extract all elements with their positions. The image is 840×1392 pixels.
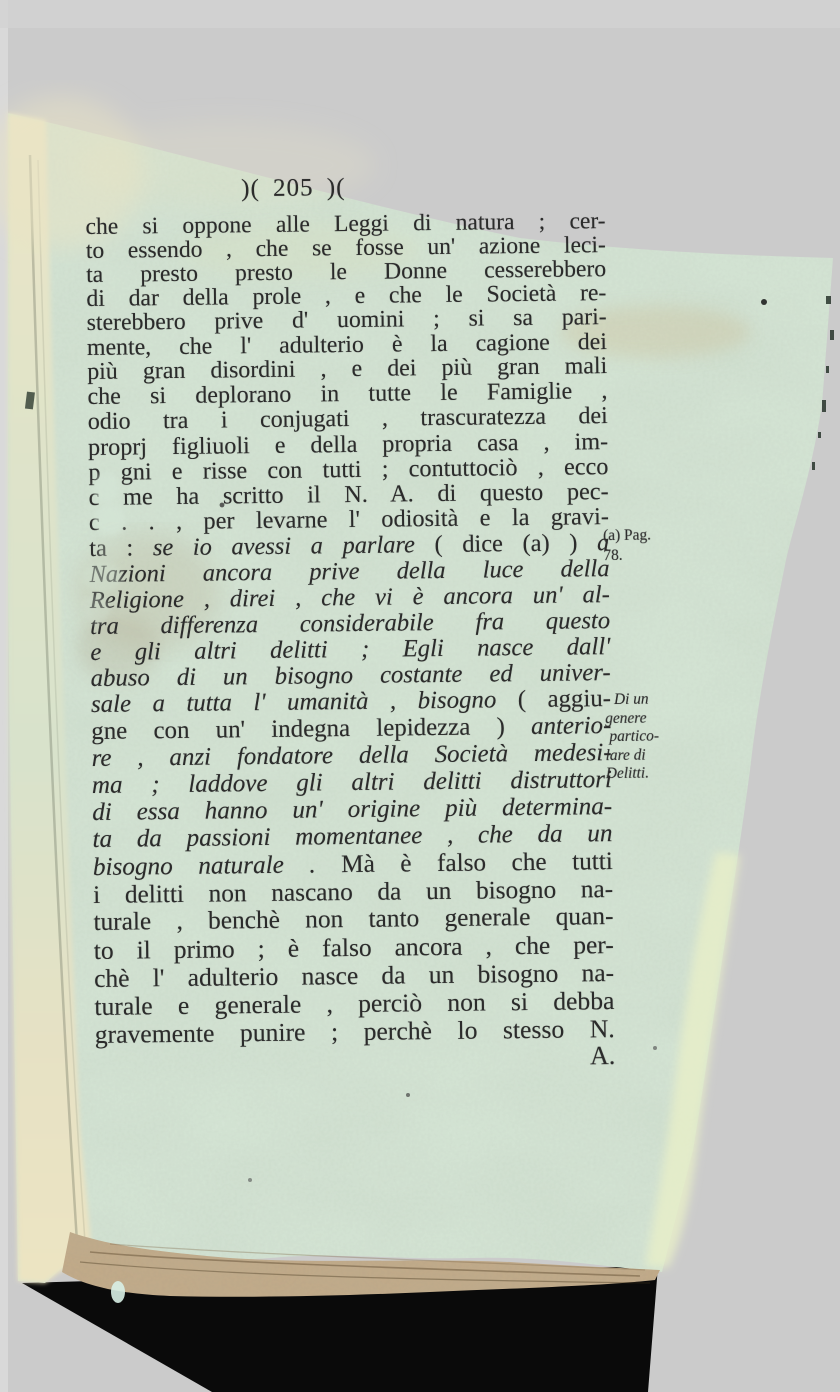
text-segment: anterio- <box>531 712 612 740</box>
margin-note-line: partico- <box>605 727 700 747</box>
margin-note-line: Delitti. <box>606 764 701 784</box>
margin-note-b: Di ungenerepartico-lare diDelitti. <box>605 690 701 784</box>
text-segment: Mà è falso che tutti <box>341 847 613 878</box>
print-smudge <box>96 536 122 564</box>
margin-note-line: 78. <box>603 545 698 566</box>
margin-note-line: lare di <box>606 746 701 766</box>
margin-note-a: (a) Pag.78. <box>603 525 698 566</box>
page-number-header: )( 205 )( <box>241 174 346 203</box>
text-segment: ( dice (a) ) <box>434 529 597 558</box>
print-smudge <box>82 562 122 592</box>
text-segment: ( aggiu- <box>518 685 611 713</box>
text-segment: bisogno naturale . <box>93 850 342 881</box>
print-smudge <box>95 504 125 536</box>
text-line: gravemente punire ; perchè lo stesso N. <box>95 1014 615 1049</box>
print-smudge <box>94 472 120 504</box>
margin-note-line: genere <box>605 709 700 729</box>
page-text: )( 205 )( che si oppone alle Leggi di na… <box>85 169 618 1365</box>
margin-note-line: (a) Pag. <box>603 525 698 546</box>
catchword: A. <box>590 1041 650 1072</box>
margin-note-line: Di un <box>605 690 700 710</box>
text-segment: gravemente punire ; perchè lo stesso N. <box>95 1014 615 1049</box>
book-page-photo: )( 205 )( che si oppone alle Leggi di na… <box>0 0 840 1392</box>
print-smudge <box>82 594 110 624</box>
